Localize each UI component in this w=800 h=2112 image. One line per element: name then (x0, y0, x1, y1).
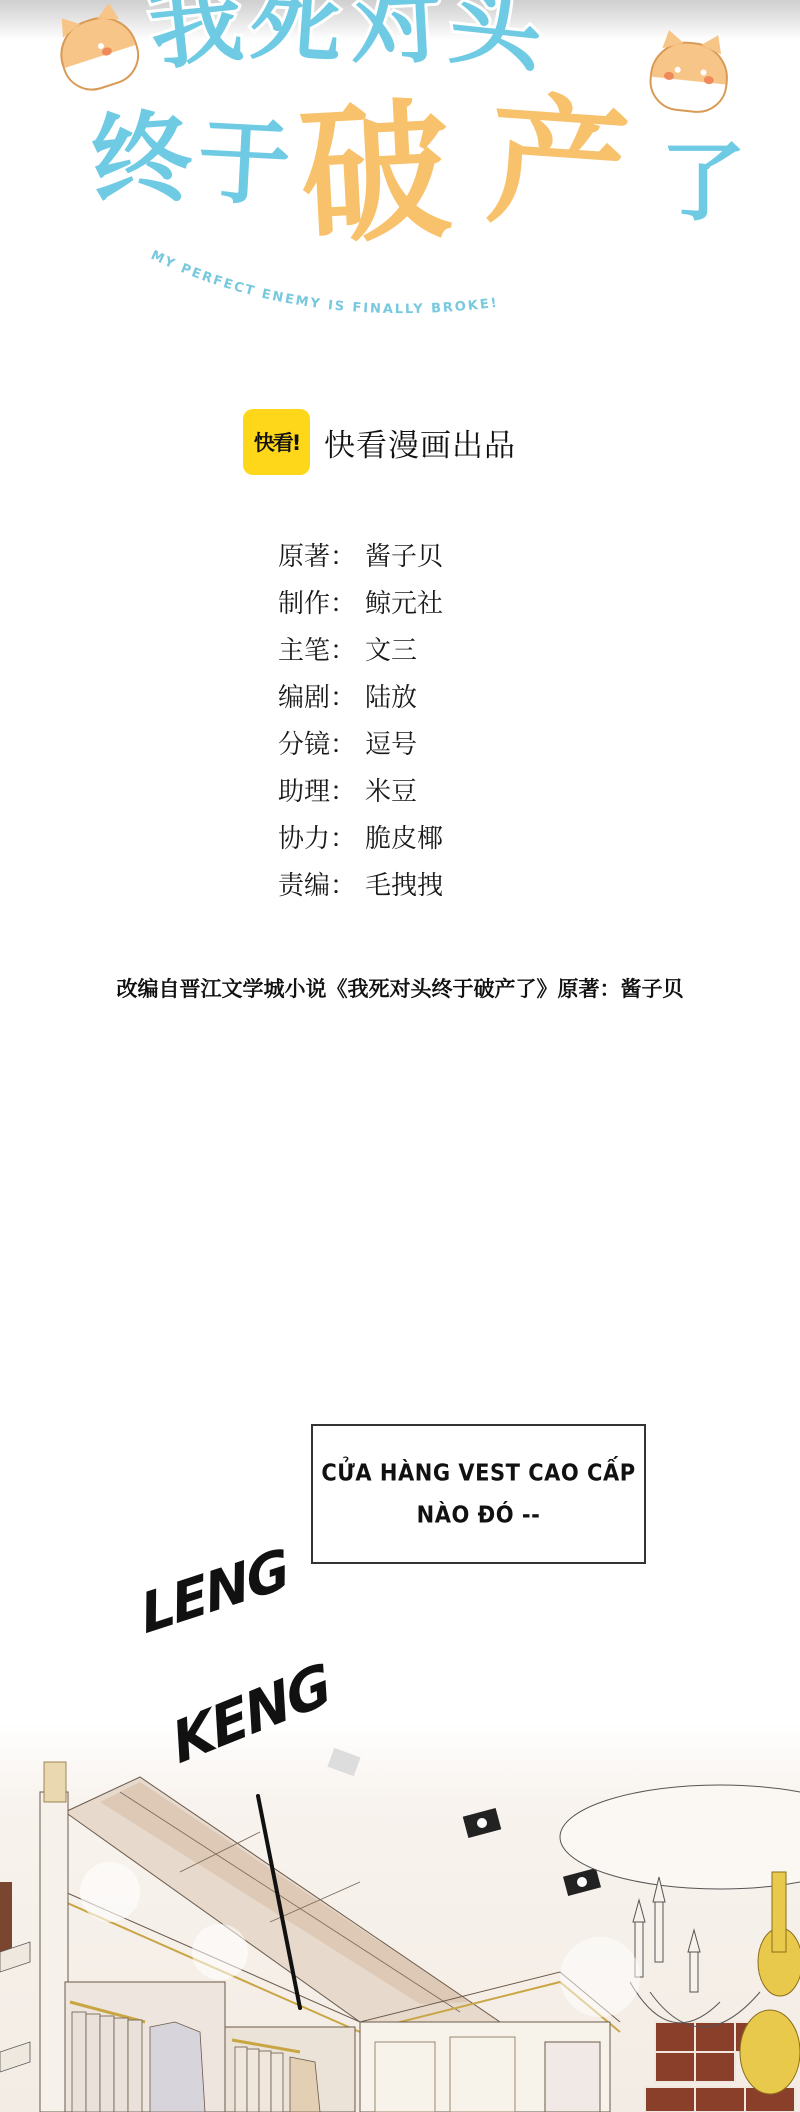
narration-caption-box: CỬA HÀNG VEST CAO CẤP NÀO ĐÓ -- (311, 1424, 646, 1564)
credit-role: 协力： (278, 822, 365, 869)
credit-row: 原著： 酱子贝 (278, 540, 443, 587)
credit-row: 协力： 脆皮椰 (278, 822, 443, 869)
caption-line-2: NÀO ĐÓ -- (417, 1492, 541, 1537)
store-interior-illustration (0, 1722, 800, 2112)
credit-row: 编剧： 陆放 (278, 681, 443, 728)
credit-row: 分镜： 逗号 (278, 728, 443, 775)
credit-row: 责编： 毛拽拽 (278, 869, 443, 916)
credit-name: 毛拽拽 (365, 869, 443, 916)
svg-text:MY PERFECT ENEMY IS FINALLY BR: MY PERFECT ENEMY IS FINALLY BROKE! (148, 248, 499, 317)
kuaikan-logo-icon: 快看! (243, 409, 310, 475)
credit-row: 制作： 鲸元社 (278, 587, 443, 634)
sfx-text: LENG (136, 1537, 292, 1647)
credit-name: 米豆 (365, 775, 417, 822)
credit-role: 分镜： (278, 728, 365, 775)
publisher-label: 快看漫画出品 (324, 420, 516, 465)
credit-name: 陆放 (365, 681, 417, 728)
credit-name: 逗号 (365, 728, 417, 775)
credit-role: 主笔： (278, 634, 365, 681)
credit-role: 助理： (278, 775, 365, 822)
credit-role: 原著： (278, 540, 365, 587)
source-note: 改编自晋江文学城小说《我死对头终于破产了》原著：酱子贝 (0, 973, 800, 1003)
title-subtitle-en: MY PERFECT ENEMY IS FINALLY BROKE! (0, 0, 800, 330)
credit-name: 酱子贝 (365, 540, 443, 587)
credit-row: 助理： 米豆 (278, 775, 443, 822)
caption-line-1: CỬA HÀNG VEST CAO CẤP (321, 1450, 635, 1495)
title-banner: 我 死 对 头 终 于 破 产 了 MY PERFECT ENEMY IS FI… (0, 0, 800, 330)
credit-role: 编剧： (278, 681, 365, 728)
publisher: 快看! 快看漫画出品 (243, 409, 516, 475)
credit-name: 鲸元社 (365, 587, 443, 634)
credit-name: 文三 (365, 634, 417, 681)
credit-role: 制作： (278, 587, 365, 634)
credit-row: 主笔： 文三 (278, 634, 443, 681)
credit-name: 脆皮椰 (365, 822, 443, 869)
credit-role: 责编： (278, 869, 365, 916)
credits-list: 原著： 酱子贝 制作： 鲸元社 主笔： 文三 编剧： 陆放 分镜： 逗号 助理：… (278, 540, 443, 916)
